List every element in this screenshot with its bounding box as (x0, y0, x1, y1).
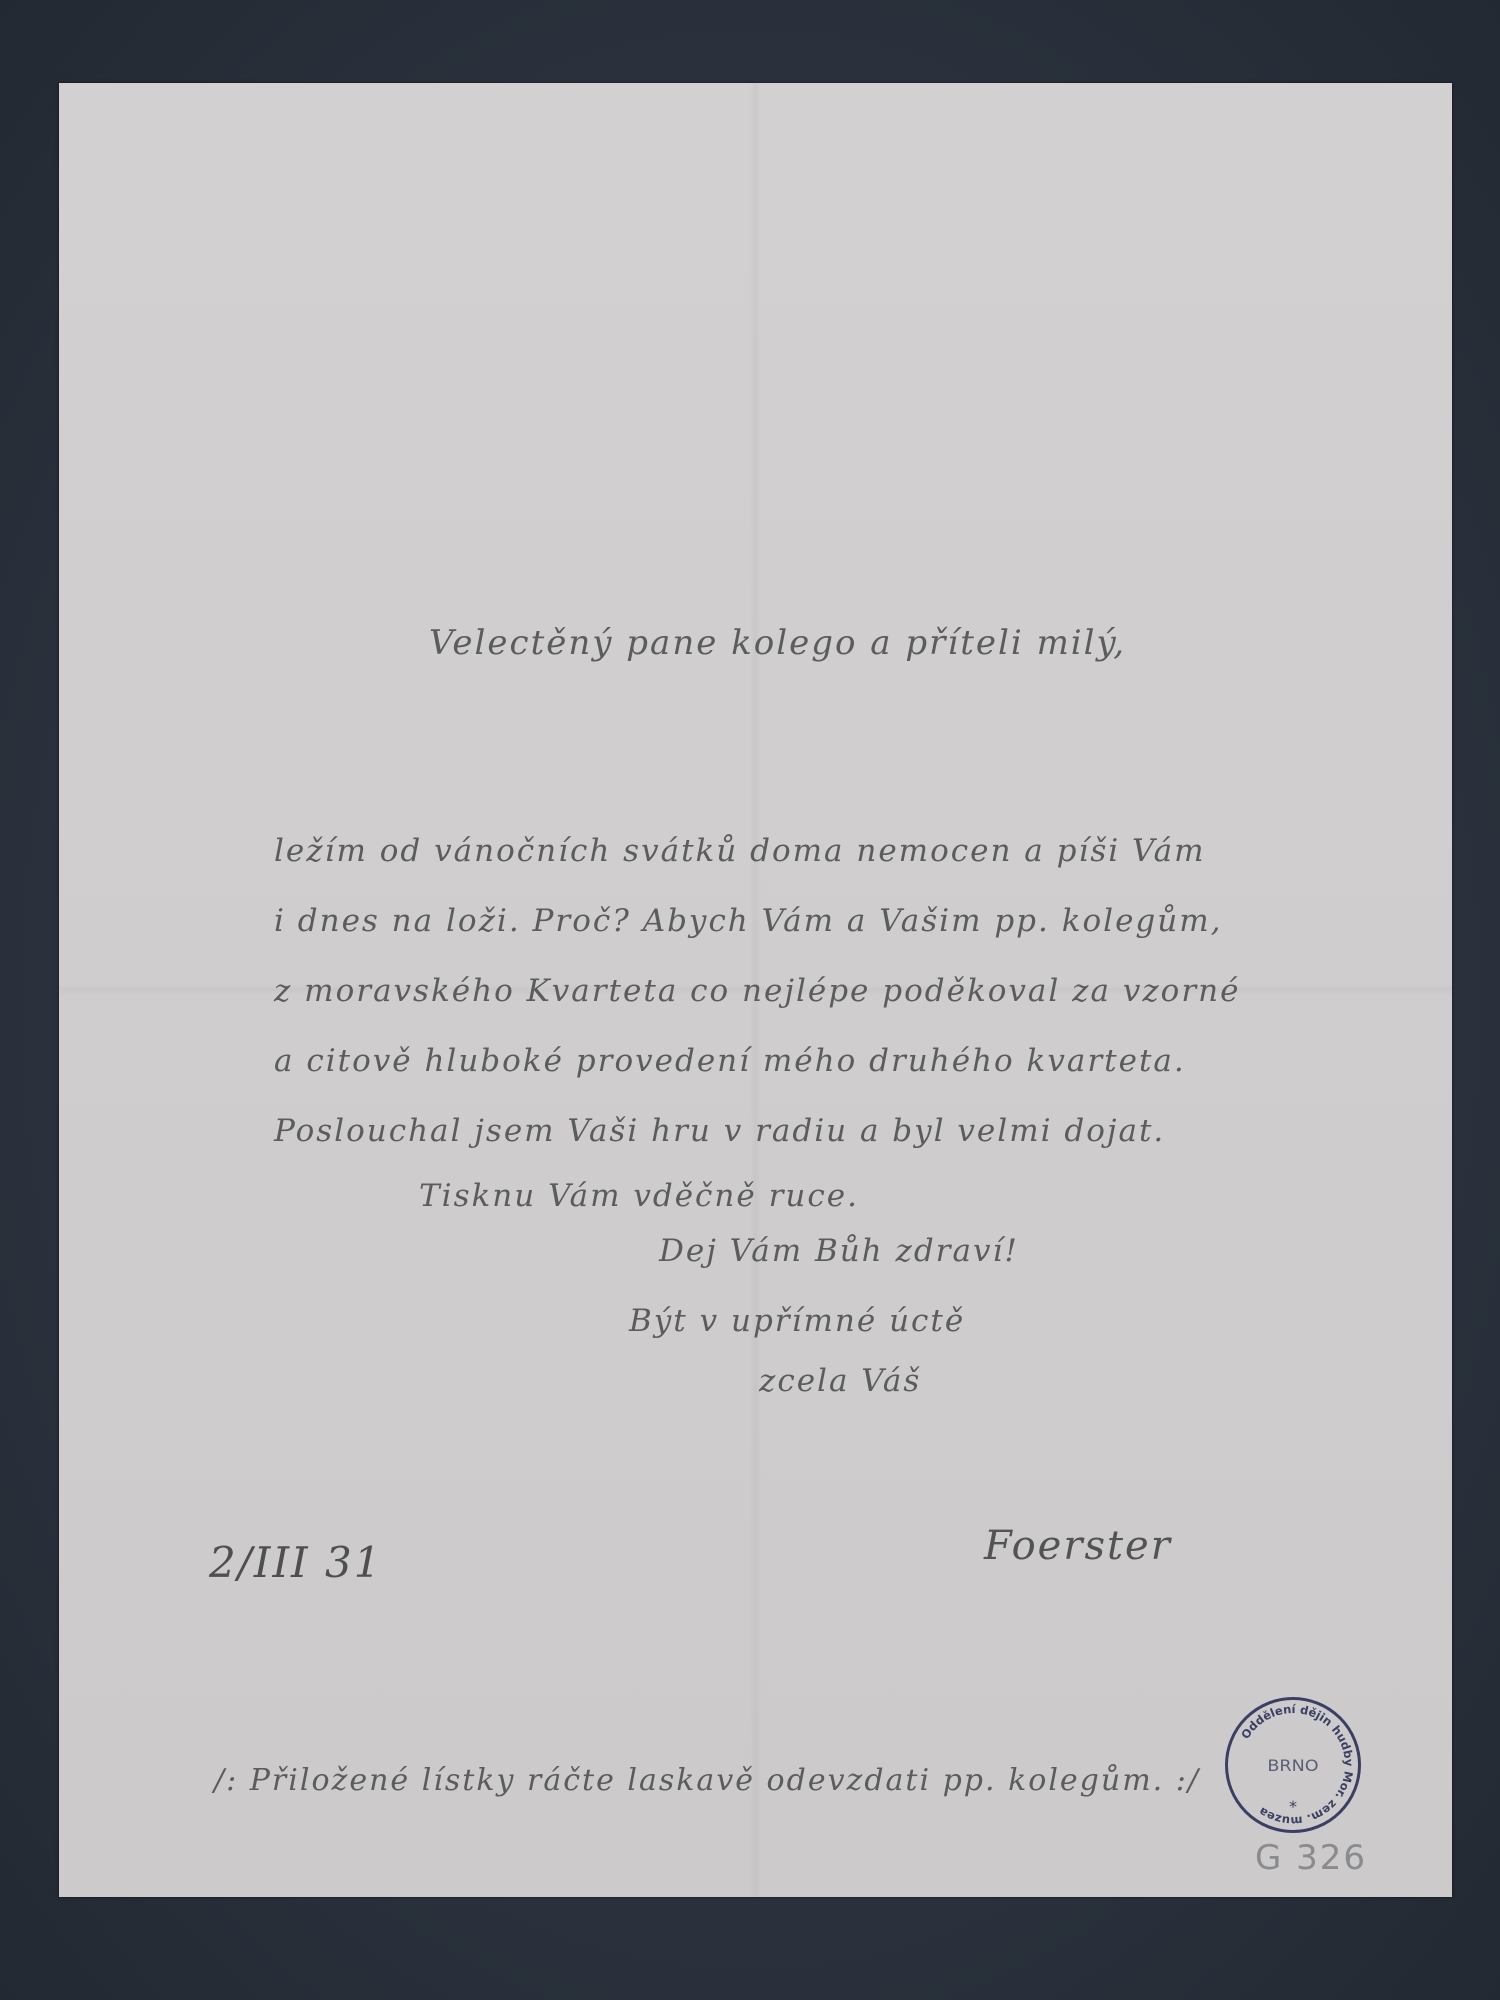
body-line-1: ležím od vánočních svátků doma nemocen a… (274, 833, 1205, 869)
body-line-3: z moravského Kvarteta co nejlépe poděkov… (274, 973, 1240, 1009)
letter-paper: Velectěný pane kolego a příteli milý, le… (59, 83, 1452, 1897)
postscript: /: Přiložené lístky ráčte laskavě odevzd… (214, 1763, 1200, 1798)
salutation: Velectěný pane kolego a příteli milý, (429, 623, 1126, 663)
closing-line-1: Tisknu Vám vděčně ruce. (419, 1178, 859, 1214)
closing-line-2: Dej Vám Bůh zdraví! (659, 1233, 1019, 1269)
closing-line-3: Být v upřímné úctě (629, 1303, 965, 1339)
star-icon: * (1228, 1797, 1358, 1816)
museum-stamp: Oddělení dějin hudby Mor. zem. muzea BRN… (1225, 1697, 1361, 1833)
body-line-4: a citově hluboké provedení mého druhého … (274, 1043, 1186, 1079)
closing-line-4: zcela Váš (759, 1363, 921, 1399)
letter-date: 2/III 31 (209, 1538, 382, 1587)
catalog-number: G 326 (1255, 1838, 1367, 1878)
signature: Foerster (984, 1523, 1172, 1569)
body-line-5: Poslouchal jsem Vaši hru v radiu a byl v… (274, 1113, 1165, 1149)
stamp-center-text: BRNO (1222, 1756, 1365, 1775)
body-line-2: i dnes na loži. Proč? Abych Vám a Vašim … (274, 903, 1223, 939)
